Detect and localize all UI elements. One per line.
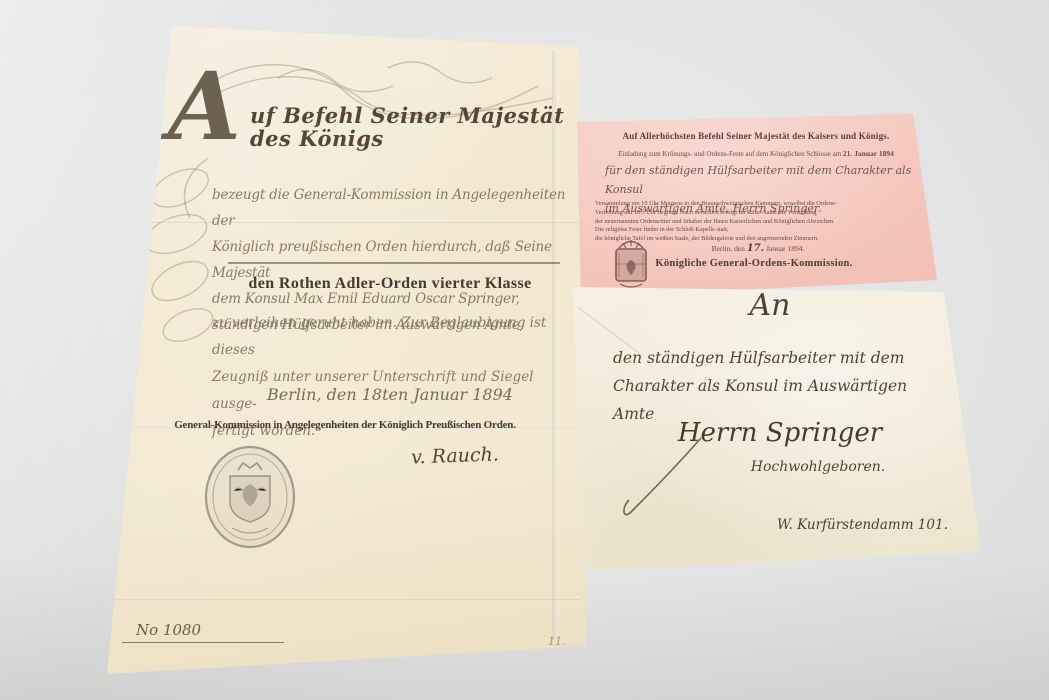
fold-crease <box>110 597 580 600</box>
addressed-envelope: An den ständigen Hülfsarbeiter mit dem C… <box>565 280 997 578</box>
details-line: Verleihung um 10½ Uhr beginnt. Nach ders… <box>595 209 921 218</box>
award-certificate-document: A uf Befehl Seiner Majestät des Königs b… <box>100 20 590 680</box>
order-name-line: den Rothen Adler-Orden vierter Klasse <box>205 273 575 295</box>
heading-initial-letter: A <box>168 60 241 154</box>
closing-line: zu verleihen geruht haben. Zur Beglaubig… <box>212 310 572 364</box>
pencil-mark: 11. <box>548 636 566 648</box>
subheading-text: Einladung zum Krönungs- und Ordens-Feste… <box>618 150 843 158</box>
invitation-heading: Auf Allerhöchsten Befehl Seiner Majestät… <box>593 131 919 142</box>
body-line: bezeugt die General-Kommission in Angele… <box>212 182 572 234</box>
certificate-date-line: Berlin, den 18ten Januar 1894 <box>250 385 530 405</box>
envelope-salutation: An <box>695 288 845 324</box>
date-suffix: Januar 1894. <box>764 244 804 253</box>
date-day-handwritten: 17. <box>747 243 764 254</box>
royal-crest-icon <box>607 236 655 290</box>
signature: v. Rauch. <box>380 441 531 470</box>
details-line: der neuernannten Ordensritter und Inhabe… <box>595 218 921 227</box>
photo-of-documents: A uf Befehl Seiner Majestät des Königs b… <box>0 0 1049 700</box>
envelope-honorific: Hochwohlgeboren. <box>733 458 903 476</box>
envelope-street-address: W. Kurfürstendamm 101. <box>777 516 987 534</box>
separator-rule <box>228 262 560 264</box>
envelope-recipient: Herrn Springer <box>635 416 925 450</box>
eagle-seal-icon <box>202 444 298 550</box>
invitation-date-line: Berlin, den 17. Januar 1894. <box>653 243 863 254</box>
subheading-date: 21. Januar 1894 <box>843 149 894 158</box>
date-prefix: Berlin, den <box>712 244 747 253</box>
details-line: Versammlung um 10 Uhr Morgens in den Bra… <box>595 200 921 209</box>
commission-line: General-Kommission in Angelegenheiten de… <box>112 418 578 433</box>
document-number: No 1080 <box>122 620 284 643</box>
invitation-card: Auf Allerhöchsten Befehl Seiner Majestät… <box>565 106 950 306</box>
address-line: den ständigen Hülfsarbeiter mit dem <box>613 344 953 372</box>
certificate-heading: uf Befehl Seiner Majestät des Königs <box>250 104 580 150</box>
address-line: Charakter als Konsul im Auswärtigen <box>613 372 953 400</box>
details-line: Die religiöse Feier findet in der Schloß… <box>595 226 921 235</box>
invitation-subheading: Einladung zum Krönungs- und Ordens-Feste… <box>591 149 921 159</box>
handwritten-line: für den ständigen Hülfsarbeiter mit dem … <box>605 161 915 199</box>
